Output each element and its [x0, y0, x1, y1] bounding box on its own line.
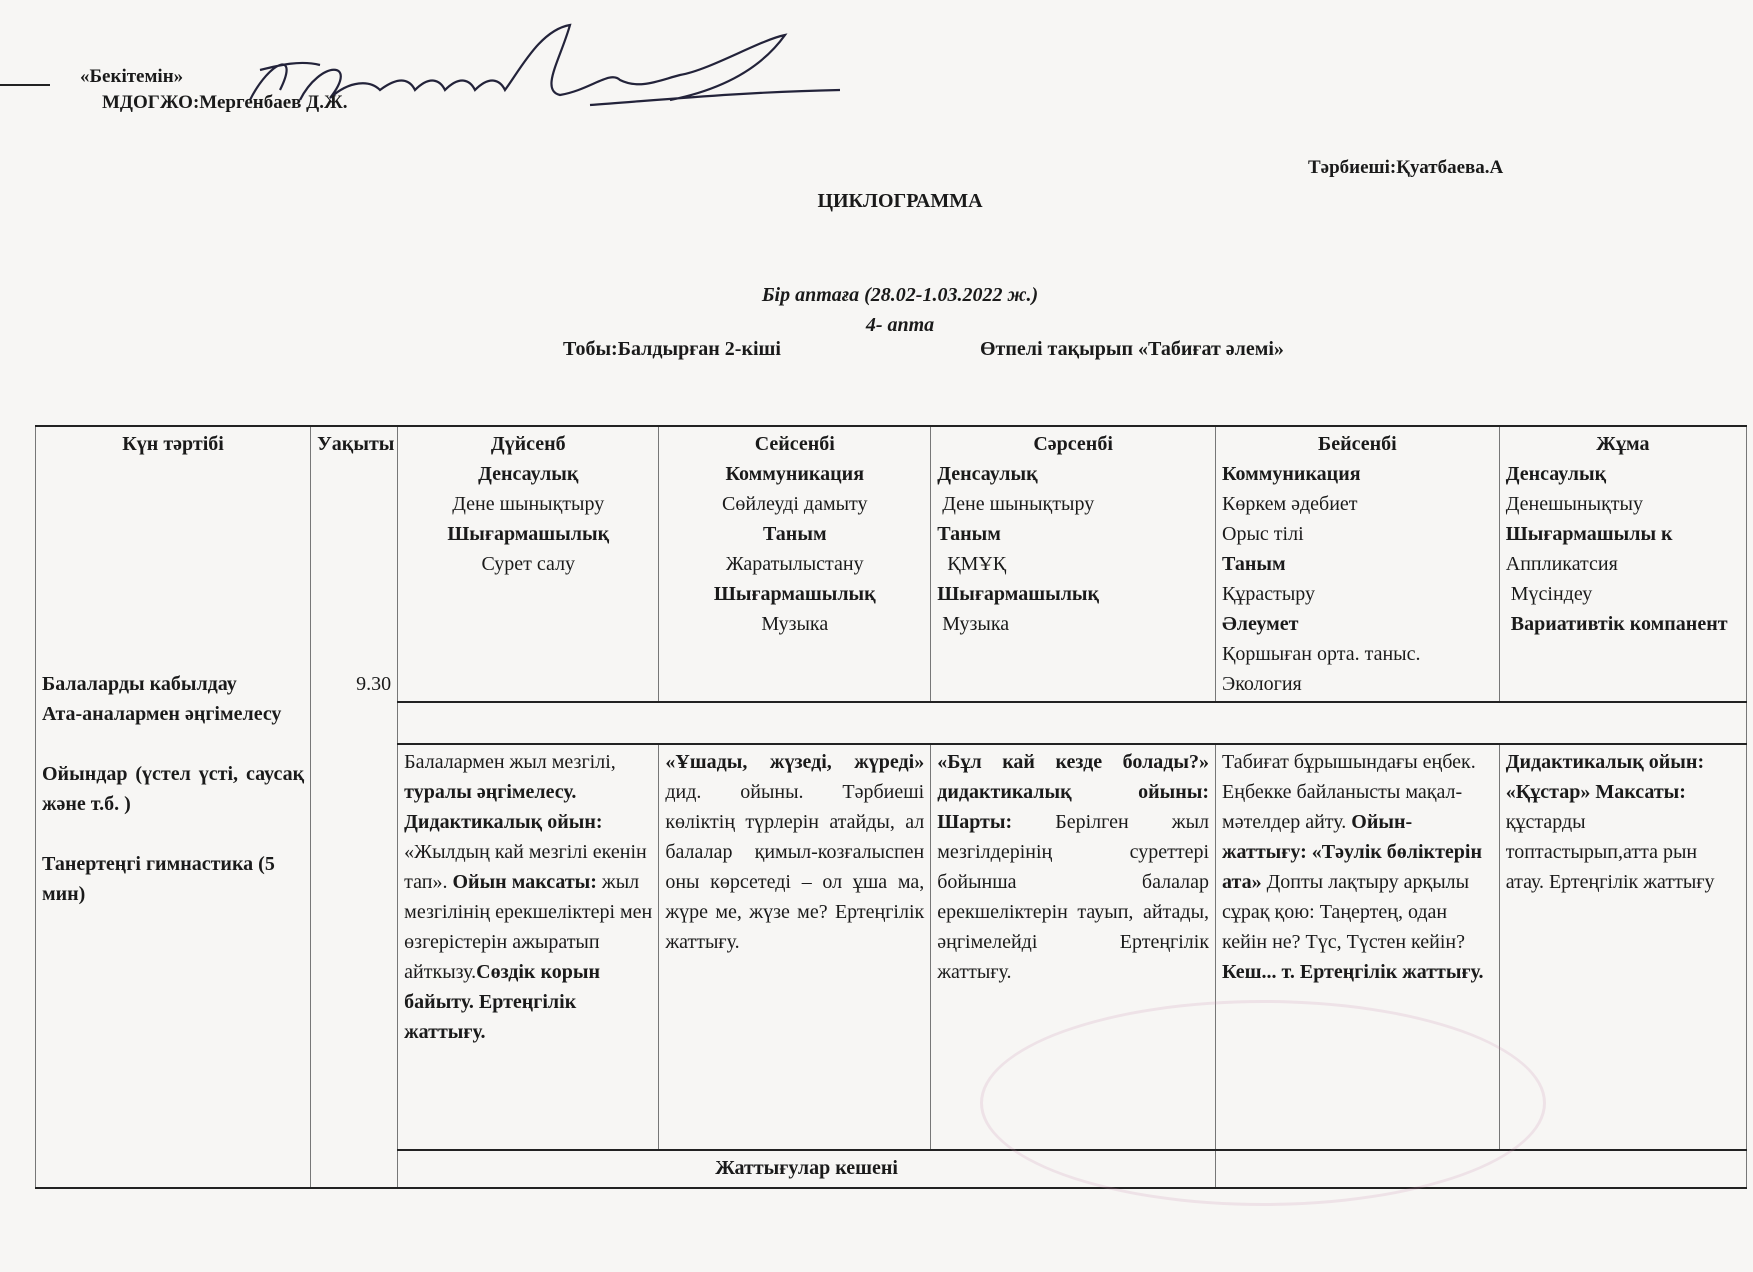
subject-item: Музыка	[937, 609, 1209, 639]
activity-text: Шарты:	[937, 811, 1012, 833]
subject-item: Шығармашылық	[404, 519, 652, 549]
subject-item: Шығармашылық	[665, 579, 924, 609]
subject-item: ҚМҰҚ	[937, 549, 1209, 579]
activity-cell: «Бұл кай кезде болады?» дидактикалық ойы…	[931, 744, 1216, 1150]
day-header: СейсенбіКоммуникацияСөйлеуді дамытуТаным…	[659, 426, 931, 702]
subject-item: Шығармашылық	[937, 579, 1209, 609]
subject-item: Коммуникация	[665, 459, 924, 489]
subject-item: Музыка	[665, 609, 924, 639]
subject-item: Әлеумет	[1222, 609, 1493, 639]
subject-item: Денсаулық	[404, 459, 652, 489]
group-name: Тобы:Балдырған 2-кіші	[563, 338, 781, 361]
subject-item: Аппликатсия	[1506, 549, 1740, 579]
subject-item: Таным	[665, 519, 924, 549]
subject-item: Шығармашылы к	[1506, 519, 1740, 549]
week-range: Бір аптаға (28.02-1.03.2022 ж.)	[0, 280, 1753, 310]
subject-item: Вариативтік компанент	[1506, 609, 1740, 639]
theme-name: Өтпелі тақырып «Табиғат әлемі»	[980, 338, 1284, 361]
activity-text: Ойын максаты:	[447, 871, 596, 893]
subject-item: Денешынықтыу	[1506, 489, 1740, 519]
subject-item: Дене шынықтыру	[937, 489, 1209, 519]
day-name: Дүйсенб	[404, 429, 652, 459]
activity-text: туралы әңгімелесу.	[404, 781, 576, 803]
subject-item: Дене шынықтыру	[404, 489, 652, 519]
empty-separator	[398, 702, 1747, 744]
day-name: Бейсенбі	[1222, 429, 1493, 459]
activity-text: құстарды топтастырып,атта рын атау. Ерте…	[1506, 811, 1715, 893]
day-name: Жұма	[1506, 429, 1740, 459]
activity-text: дид. ойыны. Тәрбиеші көліктің түрлерін а…	[665, 781, 924, 953]
approved-label: «Бекітемін»	[80, 64, 348, 90]
activity-cell: Балалармен жыл мезгілі, туралы әңгімелес…	[398, 744, 659, 1150]
routine-item: Ата-аналармен әңгімелесу	[42, 699, 304, 729]
activity-text: «Бұл кай кезде болады?» дидактикалық ойы…	[937, 751, 1209, 803]
subject-item: Денсаулық	[937, 459, 1209, 489]
day-header: ЖұмаДенсаулықДенешынықтыуШығармашылы кАп…	[1499, 426, 1746, 702]
subject-item: Орыс тілі	[1222, 519, 1493, 549]
activity-cell: Дидактикалық ойын: «Құстар» Максаты: құс…	[1499, 744, 1746, 1150]
day-header: БейсенбіКоммуникацияКөркем әдебиетОрыс т…	[1216, 426, 1500, 702]
exercise-complex-empty	[1216, 1150, 1747, 1188]
day-name: Сәрсенбі	[937, 429, 1209, 459]
subject-item: Таным	[937, 519, 1209, 549]
activity-text: Берілген жыл мезгілдерінің суреттері бой…	[937, 811, 1209, 983]
subject-item: Сөйлеуді дамыту	[665, 489, 924, 519]
subject-item: Құрастыру	[1222, 579, 1493, 609]
activity-text: «Ұшады, жүзеді, жүреді»	[665, 751, 924, 773]
subject-item: Экология	[1222, 669, 1493, 699]
activity-text: Дидактикалық ойын: «Құстар» Максаты:	[1506, 751, 1704, 803]
activity-text: Табиғат бұрышындағы еңбек. Еңбекке байла…	[1222, 751, 1476, 833]
approver-name: МДОГЖО:Мергенбаев Д.Ж.	[102, 90, 348, 116]
page-title: ЦИКЛОГРАММА	[0, 190, 1753, 213]
routine-column: Күн тәртібі Балаларды кабылдау Ата-анала…	[36, 426, 311, 1188]
activity-text: Кеш... т. Ертеңгілік жаттығу.	[1222, 961, 1484, 983]
subject-item: Көркем әдебиет	[1222, 489, 1493, 519]
routine-item: Танертеңгі гимнастика (5 мин)	[42, 849, 304, 909]
day-header: СәрсенбіДенсаулық Дене шынықтыруТаным ҚМ…	[931, 426, 1216, 702]
routine-item: Ойындар (үстел үсті, саусақ және т.б. )	[42, 759, 304, 819]
cyclogram-table: Күн тәртібі Балаларды кабылдау Ата-анала…	[35, 425, 1747, 1189]
col-routine-header: Күн тәртібі	[42, 429, 304, 459]
subject-item: Коммуникация	[1222, 459, 1493, 489]
exercise-complex-label: Жаттығулар кешені	[398, 1150, 1216, 1188]
activity-cell: Табиғат бұрышындағы еңбек. Еңбекке байла…	[1216, 744, 1500, 1150]
subject-item: Денсаулық	[1506, 459, 1740, 489]
activity-text: Балалармен жыл мезгілі,	[404, 751, 616, 773]
subject-item: Таным	[1222, 549, 1493, 579]
time-column: Уақыты 9.30	[311, 426, 398, 1188]
week-number: 4- апта	[0, 310, 1753, 340]
subject-item: Қоршыған орта. таныс.	[1222, 639, 1493, 669]
header-row: Күн тәртібі Балаларды кабылдау Ата-анала…	[36, 426, 1747, 702]
routine-title: Балаларды кабылдау	[42, 669, 304, 699]
day-header: ДүйсенбДенсаулықДене шынықтыруШығармашыл…	[398, 426, 659, 702]
col-time-header: Уақыты	[317, 429, 391, 459]
subject-item: Сурет салу	[404, 549, 652, 579]
subject-item: Жаратылыстану	[665, 549, 924, 579]
day-name: Сейсенбі	[665, 429, 924, 459]
activity-cell: «Ұшады, жүзеді, жүреді» дид. ойыны. Тәрб…	[659, 744, 931, 1150]
activity-text: Дидактикалық ойын:	[404, 811, 602, 833]
subject-item: Мүсіндеу	[1506, 579, 1740, 609]
approval-block: «Бекітемін» МДОГЖО:Мергенбаев Д.Ж.	[80, 64, 348, 116]
teacher-name: Тәрбиеші:Қуатбаева.А	[1308, 157, 1503, 179]
underline-dash	[0, 84, 50, 86]
week-info: Бір аптаға (28.02-1.03.2022 ж.) 4- апта	[0, 280, 1753, 340]
time-value: 9.30	[317, 669, 391, 699]
